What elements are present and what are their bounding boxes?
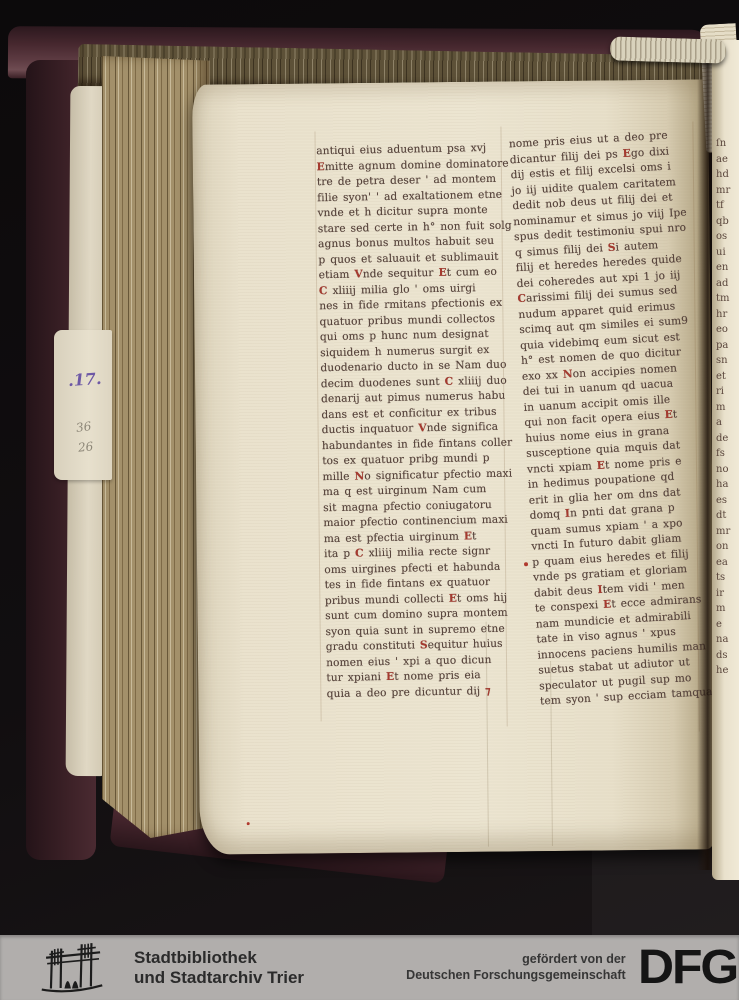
left-text-column: antiqui eius aduentum psa xvjEmitte agnu… (316, 141, 511, 702)
rubric-initial: I (565, 508, 571, 520)
porta-nigra-logo (24, 941, 120, 995)
rubric-initial: I (597, 583, 603, 595)
funding-line1: gefördert von der (406, 952, 626, 968)
book-headband (610, 36, 727, 63)
facing-page-edge: ſn ae hd mr tf qb os ui en ad tm hr eo p… (712, 40, 739, 880)
rubric-initial: E (438, 267, 446, 279)
rubric-initial: C (445, 375, 454, 387)
rubric-initial: E (464, 530, 472, 542)
manuscript-text-line: quia a deo pre dicuntur dij ⁊ (327, 683, 511, 702)
manuscript-page: antiqui eius aduentum psa xvjEmitte agnu… (192, 79, 716, 854)
institution-name: Stadtbibliothek und Stadtarchiv Trier (134, 948, 304, 987)
footer-bar: Stadtbibliothek und Stadtarchiv Trier ge… (0, 935, 739, 1000)
rubric-initial: E (596, 459, 605, 471)
rubric-initial: E (316, 161, 324, 173)
funding-credit: gefördert von der Deutschen Forschungsge… (406, 952, 626, 983)
rubric-initial: S (608, 241, 616, 253)
dfg-logo: DFG (638, 938, 737, 998)
rubric-initial: V (418, 422, 427, 434)
rubric-initial: C (517, 293, 526, 305)
rubric-initial: C (355, 547, 364, 559)
funding-line2: Deutschen Forschungsgemeinschaft (406, 968, 626, 984)
rubric-initial: N (563, 368, 573, 381)
rubric-initial: C (319, 285, 328, 297)
red-ink-speck (524, 562, 528, 566)
bookmark-slip-tab: .17. 36 26 (54, 330, 112, 480)
rubric-initial: S (420, 639, 428, 651)
rubric-initial: E (449, 592, 457, 604)
rubric-initial: E (664, 409, 673, 421)
slip-pencil-note-top: 36 (75, 419, 92, 435)
rubric-initial: N (354, 470, 364, 482)
rubric-initial: E (622, 147, 631, 159)
rubric-initial: ⁊ (485, 684, 491, 696)
right-text-column: nome pris eius ut a deo predicantur fili… (509, 127, 729, 710)
rubric-initial: V (354, 268, 363, 280)
institution-line1: Stadtbibliothek (134, 948, 304, 968)
slip-pencil-note-bottom: 26 (77, 439, 94, 455)
rubric-initial: E (386, 671, 394, 683)
institution-line2: und Stadtarchiv Trier (134, 968, 304, 988)
slip-shelfmark-number: .17. (67, 369, 102, 390)
facing-page-text-fragments: ſn ae hd mr tf qb os ui en ad tm hr eo p… (716, 136, 731, 756)
book-scan-photograph: .17. 36 26 antiqui eius aduentum psa xvj… (0, 0, 739, 1000)
rubric-initial: E (603, 598, 612, 610)
red-ink-speck (247, 822, 250, 825)
